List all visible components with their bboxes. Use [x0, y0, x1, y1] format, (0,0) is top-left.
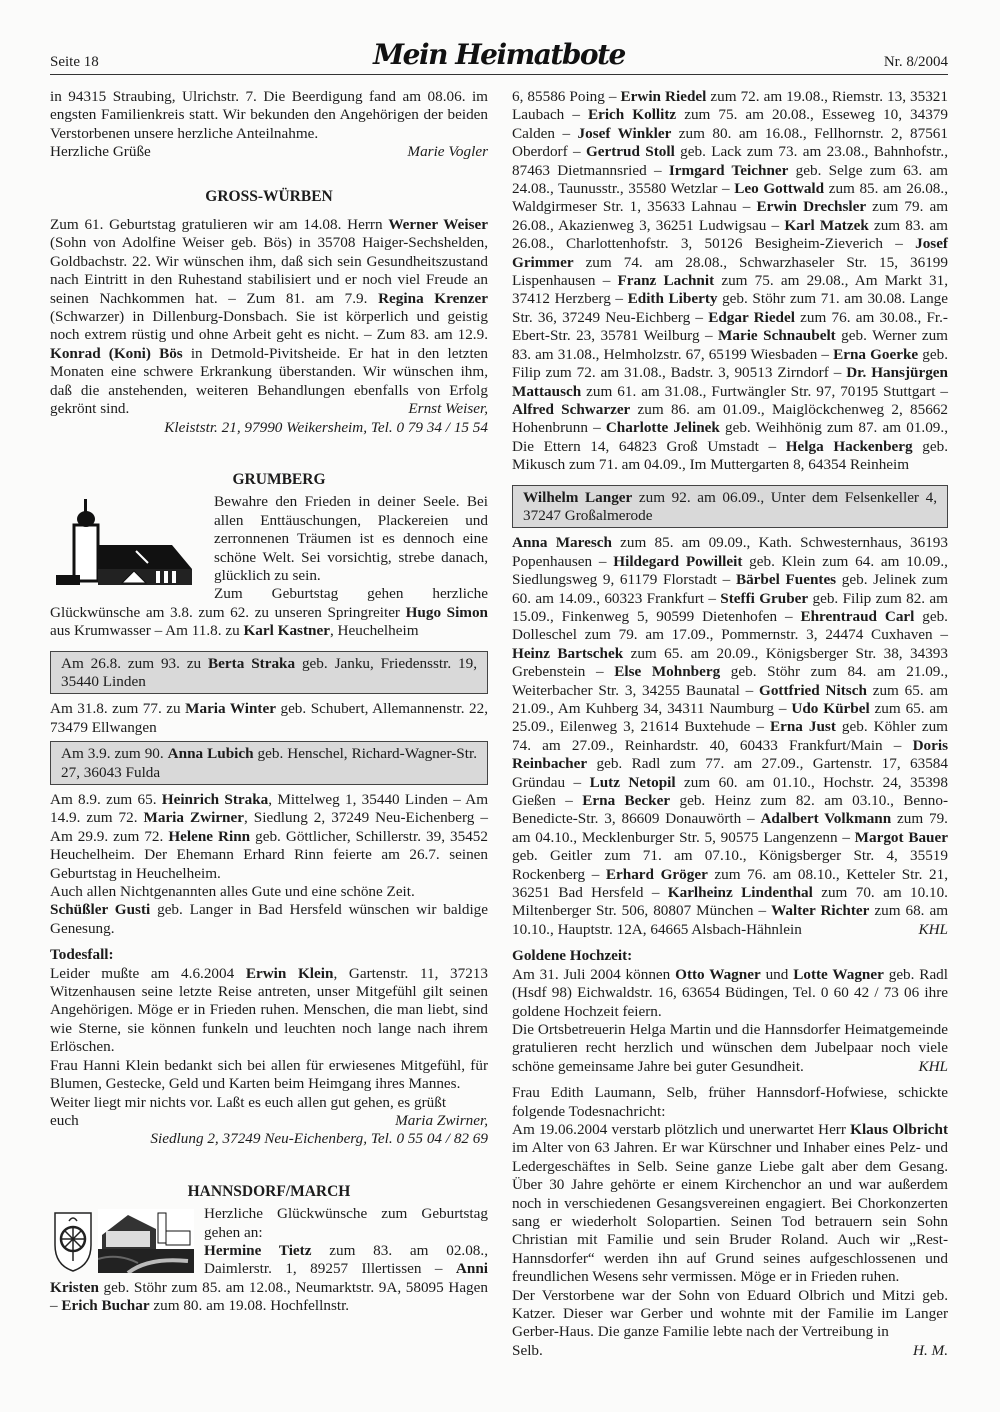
person-name: Adalbert Volkmann	[760, 810, 891, 827]
highlight-box-wilhelm-langer: Wilhelm Langer zum 92. am 06.09., Unter …	[512, 485, 948, 529]
church-icon	[52, 497, 202, 587]
person-name: Erwin Riedel	[621, 88, 707, 105]
person-name: Lutz Netopil	[590, 774, 676, 791]
birthday-list-september: Anna Maresch zum 85. am 09.09., Kath. Sc…	[512, 534, 948, 939]
person-name: Bärbel Fuentes	[736, 571, 836, 588]
birthdays-september: Am 8.9. zum 65. Heinrich Straka, Mittelw…	[50, 791, 488, 883]
person-name: Heinz Bartschek	[512, 645, 623, 662]
person-name: Erna Becker	[582, 792, 670, 809]
closing-paragraph: Weiter liegt mir nichts vor. Laßt es euc…	[50, 1094, 488, 1112]
section-title-hannsdorf: HANNSDORF/MARCH	[50, 1183, 488, 1201]
person-name: Heinrich Straka	[162, 791, 269, 808]
person-name: Udo Kürbel	[791, 700, 869, 717]
grumberg-birthdays: Zum Geburtstag gehen herzliche Glückwüns…	[50, 585, 488, 640]
person-name: Otto Wagner	[675, 966, 761, 983]
person-name: Wilhelm Langer	[523, 489, 632, 506]
signature: H. M.	[913, 1342, 948, 1360]
signature-name: Maria Zwirner,	[395, 1112, 488, 1130]
person-name: Maria Winter	[185, 700, 276, 717]
person-name: Erna Goerke	[833, 346, 918, 363]
person-name: Charlotte Jelinek	[606, 419, 720, 436]
closing-signature-line: euch Maria Zwirner,	[50, 1112, 488, 1130]
person-name: Erna Just	[770, 718, 836, 735]
person-name: Erwin Klein	[246, 965, 334, 982]
death-notice-intro: Frau Edith Laumann, Selb, früher Hannsdo…	[512, 1084, 948, 1121]
death-notice-family: Der Verstorbene war der Sohn von Eduard …	[512, 1287, 948, 1342]
person-name: Klaus Olbricht	[850, 1121, 948, 1138]
person-name: Erhard Gröger	[606, 866, 708, 883]
person-name: Erich Kollitz	[588, 106, 676, 123]
highlight-box-anna-lubich: Am 3.9. zum 90. Anna Lubich geb. Hensche…	[50, 741, 488, 785]
birthday-maria-winter: Am 31.8. zum 77. zu Maria Winter geb. Sc…	[50, 700, 488, 737]
obituary-erwin-klein: Leider mußte am 4.6.2004 Erwin Klein, Ga…	[50, 965, 488, 1057]
signature: Marie Vogler	[407, 143, 488, 161]
person-name: Anna Maresch	[512, 534, 612, 551]
person-name: Karlheinz Lindenthal	[668, 884, 813, 901]
greeting: Herzliche Grüße	[50, 143, 151, 161]
highlight-box-berta-straka: Am 26.8. zum 93. zu Berta Straka geb. Ja…	[50, 651, 488, 695]
person-name: Erich Buchar	[61, 1297, 149, 1314]
todesfall-heading: Todesfall:	[50, 946, 488, 964]
intro-paragraph: in 94315 Straubing, Ulrichstr. 7. Die Be…	[50, 88, 488, 143]
person-name: Helene Rinn	[168, 828, 250, 845]
coat-of-arms-icon	[52, 1209, 94, 1273]
person-name: Franz Lachnit	[618, 272, 715, 289]
person-name: Regina Krenzer	[378, 290, 488, 307]
thanks-paragraph: Frau Hanni Klein bedankt sich bei allen …	[50, 1057, 488, 1094]
section-title-gross-wuerben: GROSS-WÜRBEN	[50, 188, 488, 206]
gross-wuerben-paragraph: Zum 61. Geburtstag gratulieren wir am 14…	[50, 216, 488, 418]
masthead-logo: Mein Heimatbote	[373, 38, 625, 71]
birthday-list-august: 6, 85586 Poing – Erwin Riedel zum 72. am…	[512, 88, 948, 475]
person-name: Berta Straka	[208, 655, 295, 672]
issue-number: Nr. 8/2004	[884, 54, 948, 71]
signature-address: Siedlung 2, 37249 Neu-Eichenberg, Tel. 0…	[50, 1130, 488, 1148]
wishes-all: Auch allen Nichtgenannten alles Gute und…	[50, 883, 488, 901]
person-name: Anna Lubich	[168, 745, 254, 762]
get-well-wish: Schüßler Gusti geb. Langer in Bad Hersfe…	[50, 901, 488, 938]
person-name: Maria Zwirner	[144, 809, 244, 826]
person-name: Hugo Simon	[406, 604, 488, 621]
person-name: Alfred Schwarzer	[512, 401, 630, 418]
golden-wedding-paragraph: Am 31. Juli 2004 können Otto Wagner und …	[512, 966, 948, 1021]
person-name: Walter Richter	[771, 902, 869, 919]
person-name: Gertrud Stoll	[586, 143, 675, 160]
person-name: Steffi Gruber	[720, 590, 808, 607]
person-name: Irmgard Teichner	[669, 162, 789, 179]
person-name: Karl Kastner	[243, 622, 329, 639]
hannsdorf-illustrations	[52, 1209, 194, 1273]
left-column: in 94315 Straubing, Ulrichstr. 7. Die Be…	[50, 88, 488, 1316]
page-header: Seite 18 Mein Heimatbote Nr. 8/2004	[50, 44, 948, 75]
right-column: 6, 85586 Poing – Erwin Riedel zum 72. am…	[512, 88, 948, 1360]
hannsdorf-section: Herzliche Glückwünsche zum Geburtstag ge…	[50, 1205, 488, 1315]
person-name: Konrad (Koni) Bös	[50, 345, 183, 362]
person-name: Werner Weiser	[388, 216, 488, 233]
person-name: Leo Gottwald	[734, 180, 824, 197]
person-name: Lotte Wagner	[793, 966, 884, 983]
person-name: Gottfried Nitsch	[759, 682, 867, 699]
intro-signature-line: Herzliche Grüße Marie Vogler	[50, 143, 488, 161]
death-notice-signature-line: Selb. H. M.	[512, 1342, 948, 1360]
castle-icon	[98, 1209, 194, 1273]
person-name: Edgar Riedel	[708, 309, 795, 326]
person-name: Edith Liberty	[628, 290, 718, 307]
death-notice-paragraph: Am 19.06.2004 verstarb plötzlich und une…	[512, 1121, 948, 1287]
person-name: Josef Winkler	[578, 125, 672, 142]
person-name: Else Mohnberg	[614, 663, 720, 680]
person-name: Helga Hackenberg	[786, 438, 913, 455]
person-name: Hermine Tietz	[204, 1242, 311, 1259]
person-name: Marie Schnaubelt	[718, 327, 836, 344]
person-name: Ehrentraud Carl	[800, 608, 914, 625]
golden-wedding-heading: Goldene Hochzeit:	[512, 947, 948, 965]
person-name: Margot Bauer	[855, 829, 948, 846]
section-title-grumberg: GRUMBERG	[50, 471, 488, 489]
person-name: Hildegard Powilleit	[613, 553, 742, 570]
grumberg-section: Bewahre den Frieden in deiner Seele. Bei…	[50, 493, 488, 640]
person-name: Karl Matzek	[784, 217, 868, 234]
signature-address: Kleiststr. 21, 97990 Weikersheim, Tel. 0…	[50, 419, 488, 437]
person-name: Schüßler Gusti	[50, 901, 150, 918]
person-name: Erwin Drechsler	[757, 198, 867, 215]
page-number: Seite 18	[50, 54, 99, 71]
